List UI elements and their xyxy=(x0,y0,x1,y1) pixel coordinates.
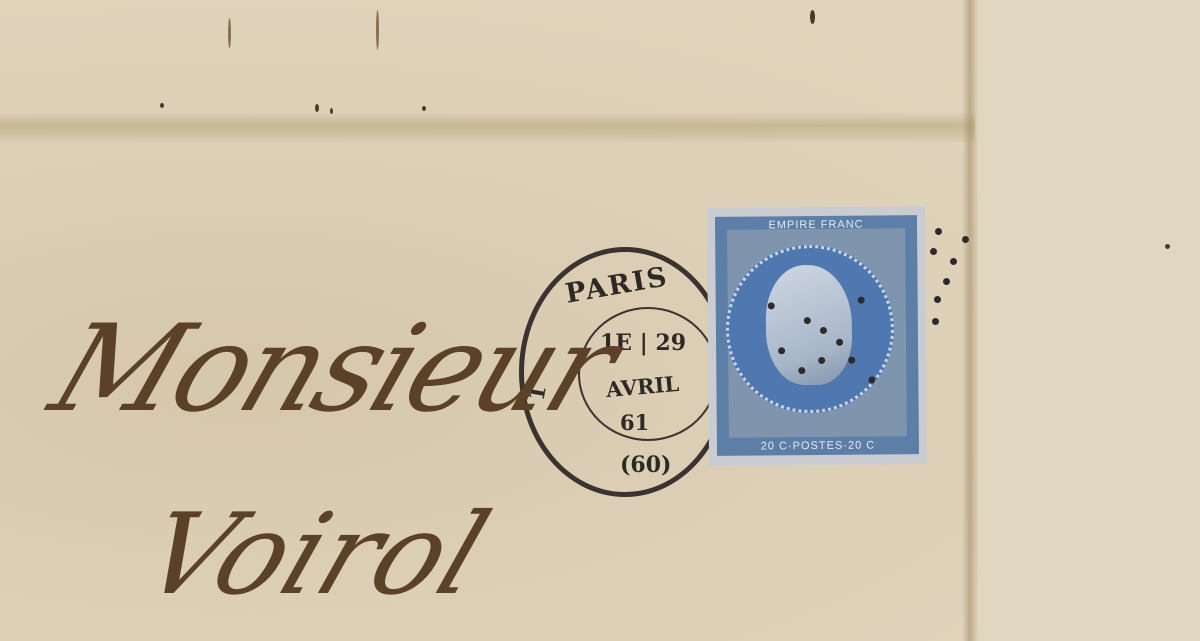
napoleon-portrait-icon xyxy=(765,265,852,386)
cancel-dot xyxy=(934,296,941,303)
right-flap xyxy=(978,0,1200,641)
horizontal-fold xyxy=(0,112,975,142)
address-line-name: Voirol xyxy=(126,490,504,620)
cancel-dot xyxy=(930,248,937,255)
ink-speck xyxy=(810,10,815,24)
postmark-department: (60) xyxy=(620,452,671,478)
ink-speck xyxy=(330,108,333,114)
ink-speck xyxy=(422,106,426,111)
ink-speck xyxy=(1165,244,1170,249)
cancel-dot xyxy=(932,318,939,325)
postage-stamp: EMPIRE FRANC 20 C·POSTES·20 C xyxy=(707,206,927,466)
cancel-dot xyxy=(950,258,957,265)
ink-trace xyxy=(376,10,379,50)
cancel-dot xyxy=(962,236,969,243)
ink-speck xyxy=(160,103,164,108)
postmark-year: 61 xyxy=(620,410,649,435)
stamp-top-inscription: EMPIRE FRANC xyxy=(707,218,925,232)
cancel-dot xyxy=(943,278,950,285)
cancel-dot xyxy=(935,228,942,235)
stamp-bottom-inscription: 20 C·POSTES·20 C xyxy=(709,439,927,453)
vertical-fold xyxy=(962,0,978,641)
ink-speck xyxy=(315,104,319,112)
address-line-monsieur: Monsieur xyxy=(35,300,632,439)
ink-trace xyxy=(228,18,231,48)
